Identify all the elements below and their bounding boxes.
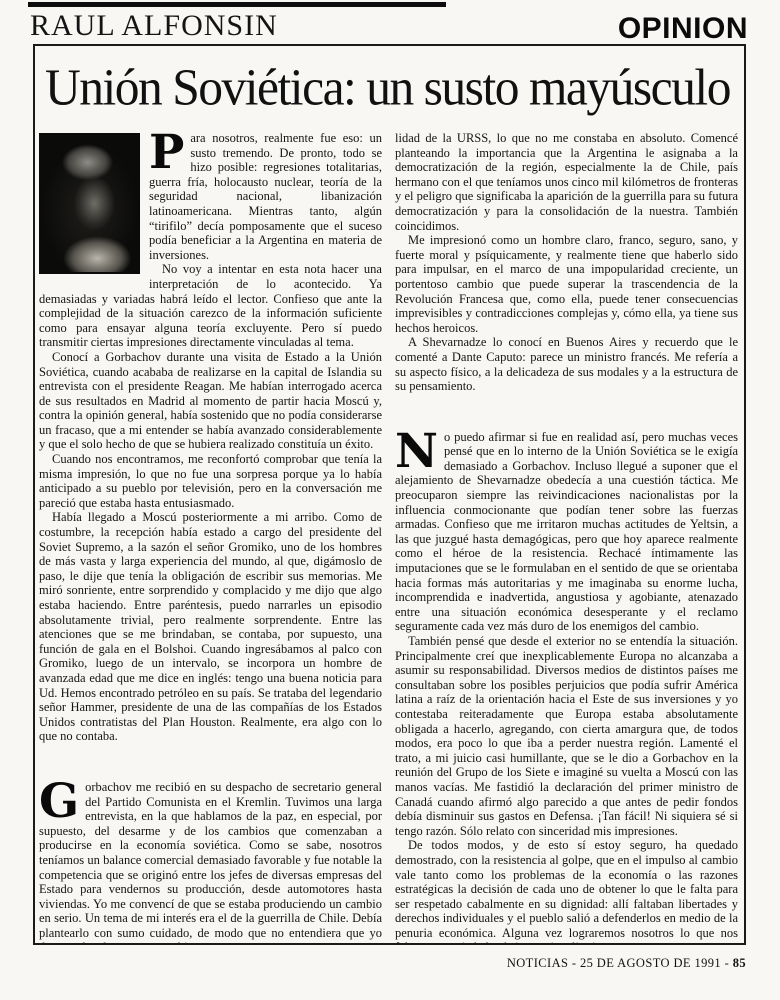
paragraph: Había llegado a Moscú posteriormente a m… — [39, 510, 382, 744]
article-box: Unión Soviética: un susto mayúsculo Para… — [33, 44, 746, 945]
author-byline: RAUL ALFONSIN — [30, 9, 278, 43]
paragraph-text: o puedo afirmar si fue en realidad así, … — [395, 430, 738, 634]
top-rule — [28, 2, 446, 7]
paragraph: No voy a intentar en esta nota hacer una… — [39, 262, 382, 350]
paragraph: Me impresionó como un hombre claro, fran… — [395, 233, 738, 335]
newspaper-page: RAUL ALFONSIN OPINION Unión Soviética: u… — [0, 0, 780, 1000]
paragraph: También pensé que desde el exterior no s… — [395, 634, 738, 838]
dropcap-p: P — [149, 131, 190, 171]
paragraph-text: orbachov me recibió en su despacho de se… — [39, 780, 382, 945]
paragraph: De todos modos, y de esto sí estoy segur… — [395, 838, 738, 945]
paragraph: Cuando nos encontramos, me reconfortó co… — [39, 452, 382, 510]
paragraph: Gorbachov me recibió en su despacho de s… — [39, 780, 382, 945]
dropcap-g: G — [39, 780, 85, 820]
footer-text: NOTICIAS - 25 DE AGOSTO DE 1991 - — [507, 956, 733, 970]
page-number: 85 — [733, 956, 746, 970]
footer-credit: NOTICIAS - 25 DE AGOSTO DE 1991 - 85 — [507, 956, 746, 971]
paragraph: lidad de la URSS, lo que no me constaba … — [395, 131, 738, 233]
paragraph-text: De todos modos, y de esto sí estoy segur… — [395, 838, 738, 945]
paragraph: No puedo afirmar si fue en realidad así,… — [395, 430, 738, 634]
paragraph: Conocí a Gorbachov durante una visita de… — [39, 350, 382, 452]
dropcap-n: N — [395, 430, 444, 470]
section-label-opinion: OPINION — [618, 12, 748, 46]
end-of-article-mark: ● — [718, 940, 738, 945]
article-columns: Para nosotros, realmente fue eso: un sus… — [35, 131, 744, 945]
left-column: Para nosotros, realmente fue eso: un sus… — [39, 131, 382, 945]
paragraph: A Shevarnadze lo conocí en Buenos Aires … — [395, 335, 738, 393]
right-column: lidad de la URSS, lo que no me constaba … — [395, 131, 738, 945]
article-headline: Unión Soviética: un susto mayúsculo — [45, 57, 731, 117]
author-photo — [39, 133, 140, 274]
